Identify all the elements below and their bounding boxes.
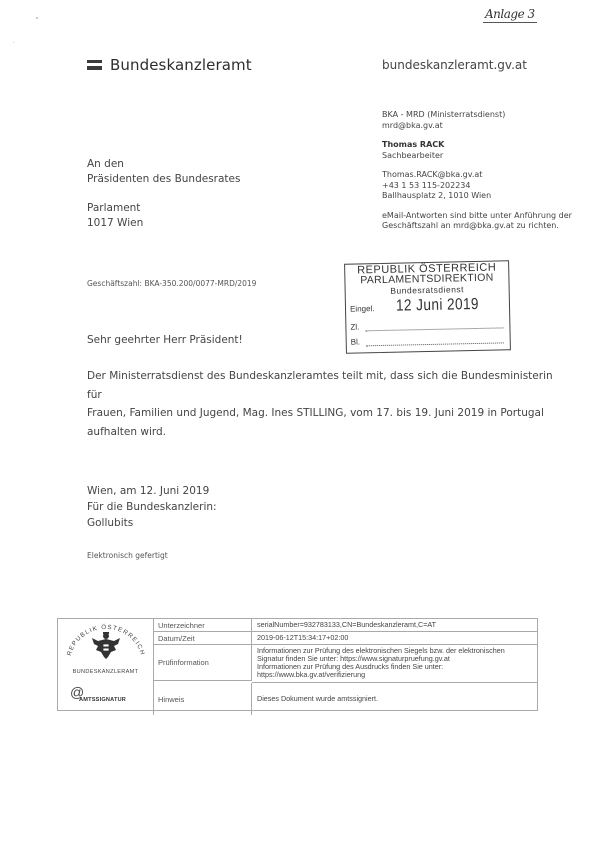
- sig-label-note: Hinweis: [154, 683, 252, 715]
- amtssignatur-label: AMTSSIGNATUR: [79, 697, 126, 703]
- electronic-note: Elektronisch gefertigt: [87, 551, 168, 560]
- salutation: Sehr geehrter Herr Präsident!: [87, 334, 243, 346]
- sender-department-email: mrd@bka.gv.at: [382, 121, 572, 132]
- sig-label-signer: Unterzeichner: [154, 619, 252, 632]
- sig-value-verification: Informationen zur Prüfung des elektronis…: [252, 645, 537, 683]
- emblem-org: BUNDESKANZLERAMT: [58, 669, 153, 675]
- scan-speck: [36, 17, 38, 19]
- sender-role: Sachbearbeiter: [382, 151, 572, 162]
- recipient-address: An den Präsidenten des Bundesrates Parla…: [87, 157, 240, 231]
- scan-speck: [13, 42, 14, 43]
- recipient-line: Präsidenten des Bundesrates: [87, 172, 240, 187]
- received-stamp: REPUBLIK ÖSTERREICH PARLAMENTSDIREKTION …: [344, 260, 511, 353]
- amtssignatur-badge: @ AMTSSIGNATUR: [70, 685, 150, 707]
- sender-phone: +43 1 53 115-202234: [382, 181, 572, 192]
- sender-address: Ballhausplatz 2, 1010 Wien: [382, 191, 572, 202]
- sig-label-verification: Prüfinformation: [154, 645, 252, 681]
- stamp-bl-row: Bl.: [351, 334, 504, 346]
- bka-logo-icon: [87, 60, 102, 70]
- sender-note: eMail-Antworten sind bitte unter Anführu…: [382, 211, 572, 222]
- sig-value-note: Dieses Dokument wurde amtssigniert.: [252, 683, 537, 715]
- letter-body: Der Ministerratsdienst des Bundeskanzler…: [87, 367, 567, 441]
- signer-name: Gollubits: [87, 515, 217, 531]
- handwritten-annotation: Anlage 3: [483, 7, 537, 23]
- sig-label-datetime: Datum/Zeit: [154, 632, 252, 645]
- sig-value-datetime: 2019-06-12T15:34:17+02:00: [252, 632, 537, 645]
- body-line: Der Ministerratsdienst des Bundeskanzler…: [87, 367, 567, 404]
- website-url: bundeskanzleramt.gv.at: [382, 58, 527, 72]
- recipient-line: Parlament: [87, 201, 240, 216]
- sender-email: Thomas.RACK@bka.gv.at: [382, 170, 572, 181]
- stamp-received-label: Eingel.: [350, 304, 375, 314]
- sender-department: BKA - MRD (Ministerratsdienst): [382, 110, 572, 121]
- austrian-eagle-icon: REPUBLIK ÖSTERREICH: [58, 619, 154, 669]
- logo-text: Bundeskanzleramt: [110, 56, 252, 74]
- sig-value-signer: serialNumber=932783133,CN=Bundeskanzlera…: [252, 619, 537, 632]
- stamp-zl-row: Zl.: [350, 319, 503, 331]
- verification-line: https://www.bka.gv.at/verifizierung: [257, 671, 537, 679]
- sender-block: BKA - MRD (Ministerratsdienst) mrd@bka.g…: [382, 110, 572, 232]
- stamp-bl-label: Bl.: [351, 337, 361, 346]
- place-date: Wien, am 12. Juni 2019: [87, 483, 217, 499]
- closing-block: Wien, am 12. Juni 2019 Für die Bundeskan…: [87, 483, 217, 531]
- stamp-zl-label: Zl.: [350, 322, 359, 331]
- stamp-received-date: 12 Juni 2019: [396, 296, 479, 316]
- header-logo: Bundeskanzleramt: [87, 56, 252, 74]
- recipient-line: An den: [87, 157, 240, 172]
- official-seal: REPUBLIK ÖSTERREICH BUNDESKANZLERAMT @ A…: [58, 619, 154, 715]
- stamp-line: Bundesratsdienst: [346, 283, 509, 296]
- sender-note: Geschäftszahl an mrd@bka.gv.at zu richte…: [382, 221, 572, 232]
- reference-number: Geschäftszahl: BKA-350.200/0077-MRD/2019: [87, 279, 256, 288]
- recipient-line: 1017 Wien: [87, 216, 240, 231]
- on-behalf: Für die Bundeskanzlerin:: [87, 499, 217, 515]
- sender-name: Thomas RACK: [382, 140, 572, 151]
- body-line: Frauen, Familien und Jugend, Mag. Ines S…: [87, 404, 567, 423]
- signature-block: REPUBLIK ÖSTERREICH BUNDESKANZLERAMT @ A…: [57, 618, 538, 711]
- body-line: aufhalten wird.: [87, 423, 567, 442]
